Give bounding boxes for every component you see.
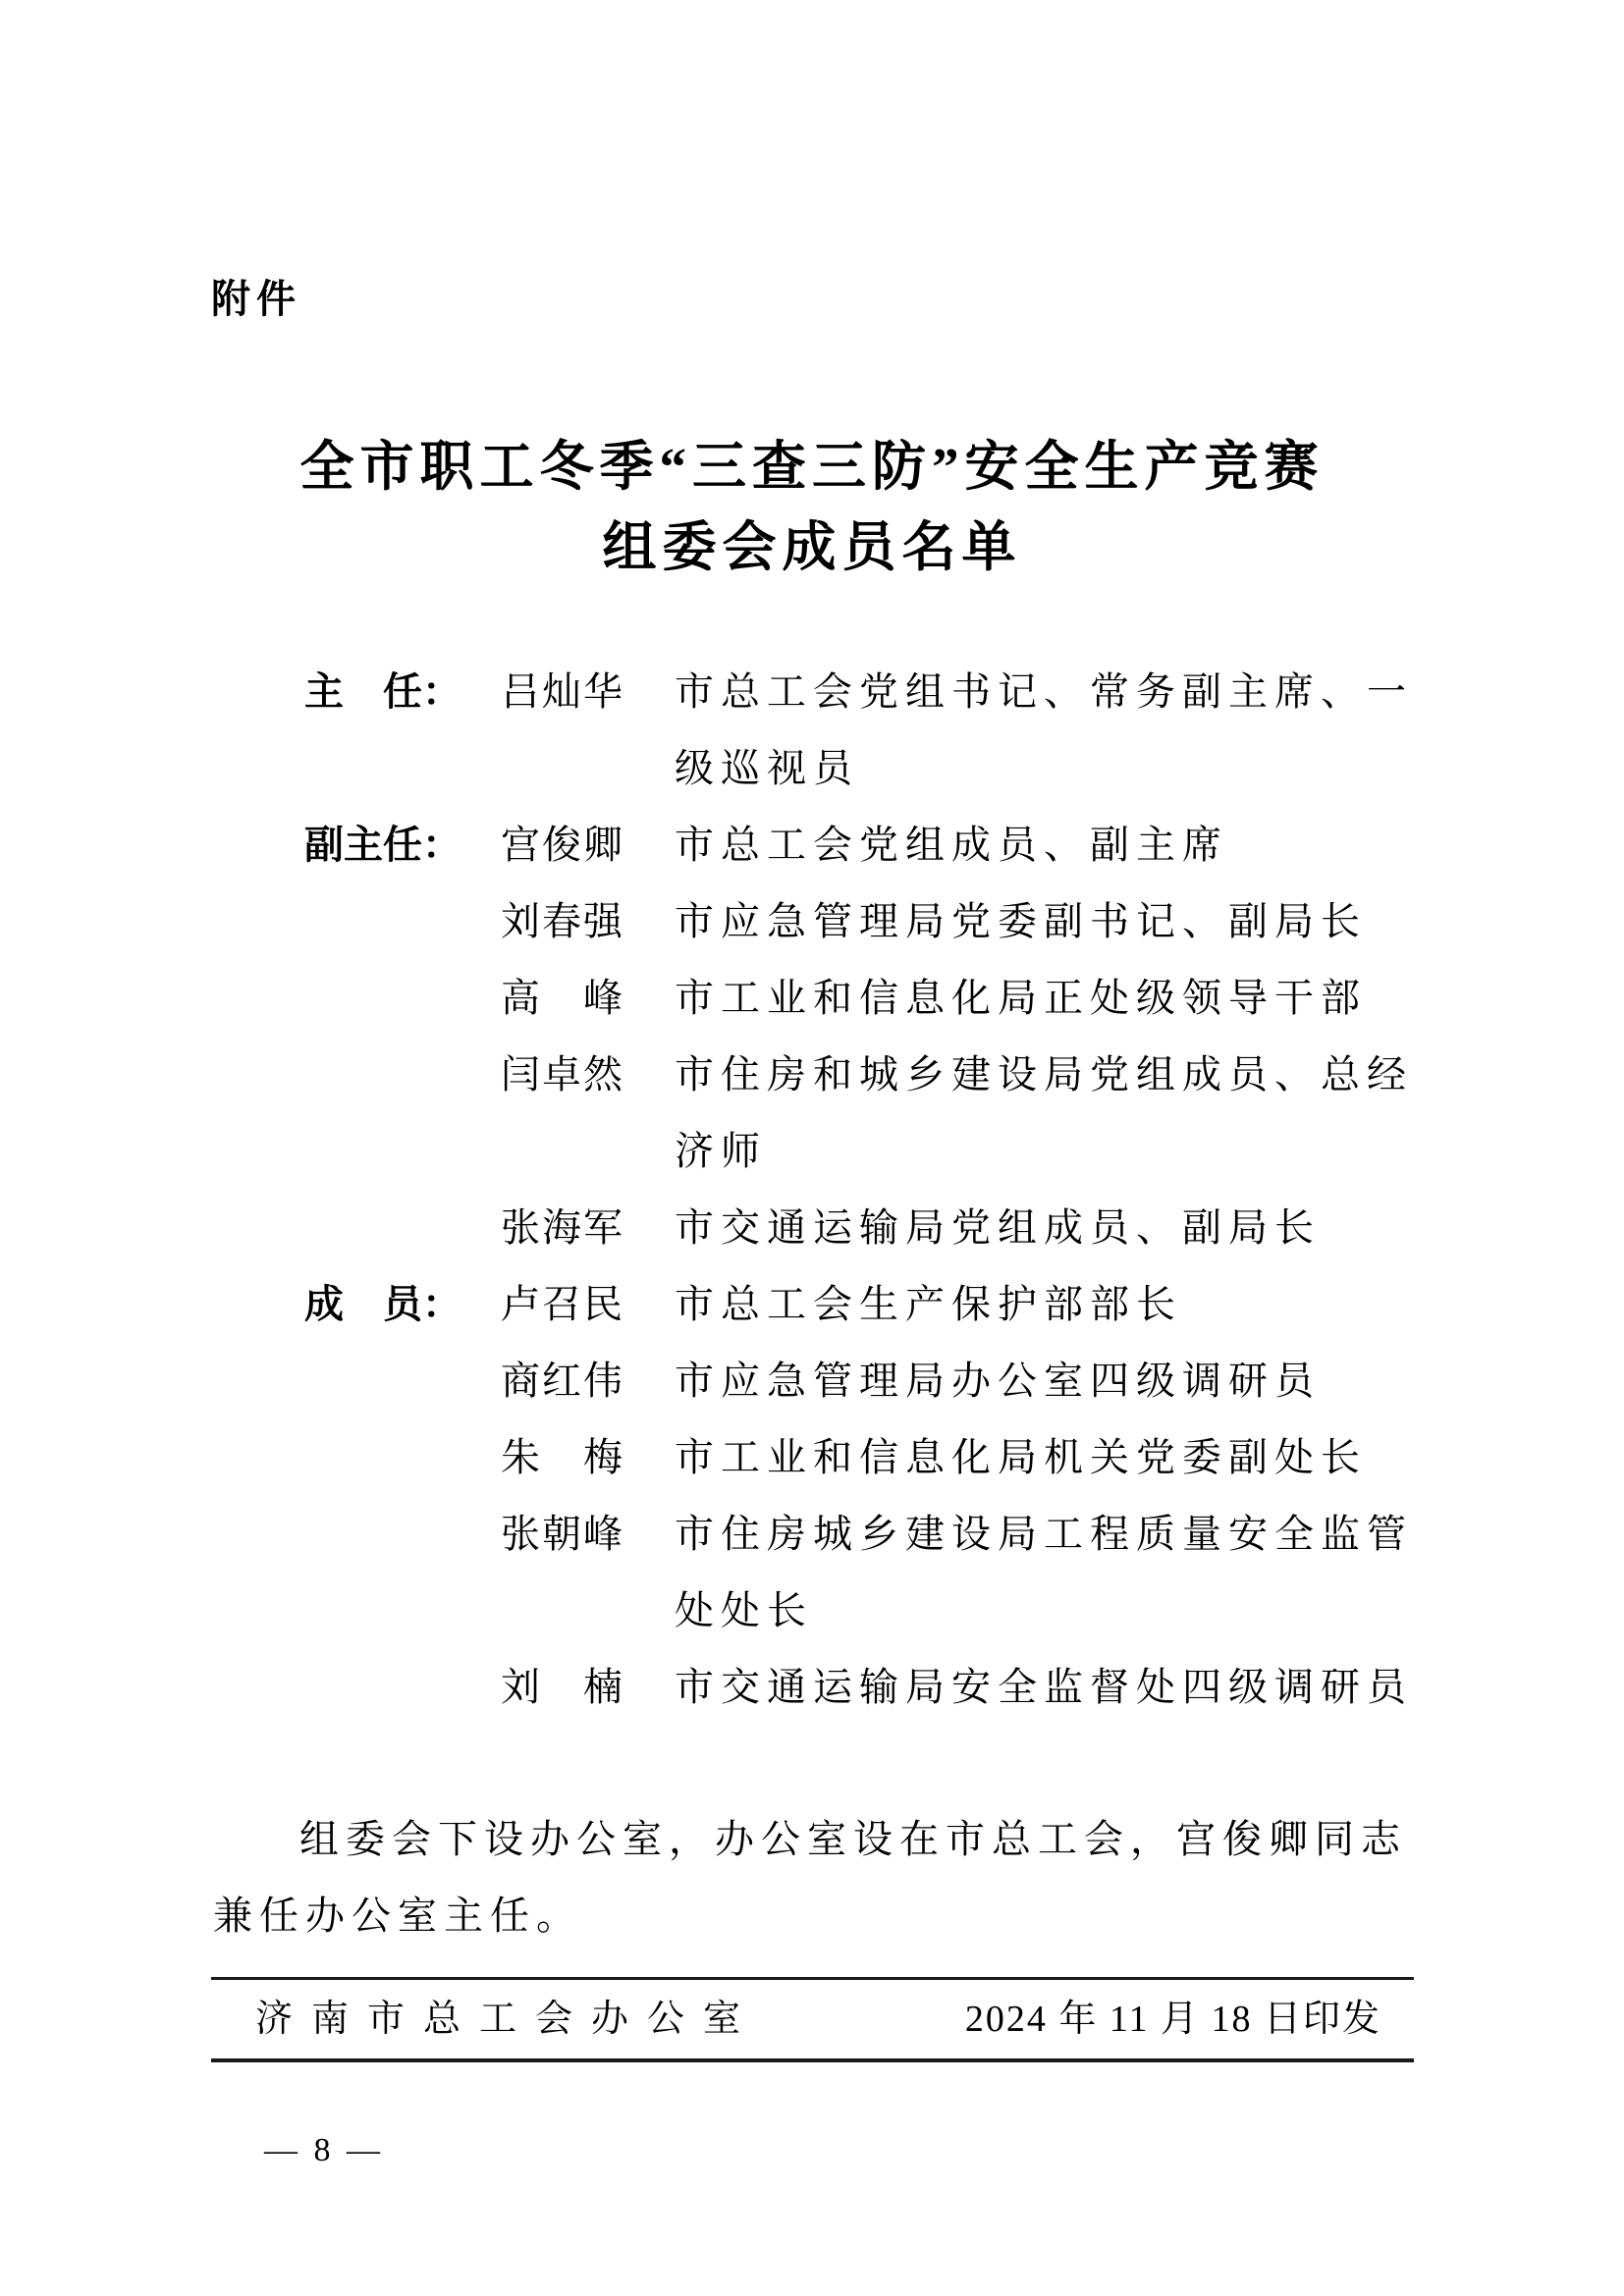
member-title: 市住房和城乡建设局党组成员、总经 济师	[675, 1037, 1414, 1190]
document-page: 附件 全市职工冬季“三查三防”安全生产竞赛 组委会成员名单 主 任： 吕灿华 市…	[0, 0, 1624, 2296]
member-role-label: 主 任：	[304, 654, 501, 730]
member-name: 吕灿华	[501, 654, 675, 730]
member-row: 张朝峰 市住房城乡建设局工程质量安全监管 处处长	[304, 1496, 1624, 1649]
member-name: 张朝峰	[501, 1496, 675, 1573]
member-title-line: 市交通运输局安全监督处四级调研员	[675, 1649, 1414, 1726]
member-title: 市总工会党组书记、常务副主席、一 级巡视员	[675, 654, 1414, 807]
member-row: 主 任： 吕灿华 市总工会党组书记、常务副主席、一 级巡视员	[304, 654, 1624, 807]
member-title-line: 市住房城乡建设局工程质量安全监管	[675, 1496, 1414, 1573]
member-title: 市应急管理局办公室四级调研员	[675, 1343, 1414, 1419]
member-row: 高 峰 市工业和信息化局正处级领导干部	[304, 960, 1624, 1037]
member-name: 朱 梅	[501, 1419, 675, 1496]
member-name: 高 峰	[501, 960, 675, 1037]
member-title-line: 处处长	[675, 1573, 1414, 1649]
page-number: — 8 —	[241, 2131, 407, 2170]
member-name: 宫俊卿	[501, 807, 675, 883]
member-name: 卢召民	[501, 1266, 675, 1343]
member-title-line: 级巡视员	[675, 730, 1414, 807]
member-title-line: 市总工会党组成员、副主席	[675, 807, 1414, 883]
member-name: 闫卓然	[501, 1037, 675, 1113]
document-title: 全市职工冬季“三查三防”安全生产竞赛 组委会成员名单	[0, 427, 1624, 588]
member-title: 市交通运输局安全监督处四级调研员	[675, 1649, 1414, 1726]
member-title-line: 市交通运输局党组成员、副局长	[675, 1190, 1414, 1266]
closing-paragraph-line: 组委会下设办公室，办公室设在市总工会，宫俊卿同志	[213, 1801, 1414, 1878]
member-role-label: 成 员：	[304, 1266, 501, 1343]
title-line-1: 全市职工冬季“三查三防”安全生产竞赛	[0, 427, 1624, 507]
member-row: 成 员： 卢召民 市总工会生产保护部部长	[304, 1266, 1624, 1343]
member-row: 商红伟 市应急管理局办公室四级调研员	[304, 1343, 1624, 1419]
member-title: 市交通运输局党组成员、副局长	[675, 1190, 1414, 1266]
footer-issuer: 济南市总工会办公室	[255, 1980, 759, 2058]
footer-print-date: 2024 年 11 月 18 日印发	[965, 1980, 1381, 2058]
member-row: 刘 楠 市交通运输局安全监督处四级调研员	[304, 1649, 1624, 1726]
footer-bar: 济南市总工会办公室 2024 年 11 月 18 日印发	[211, 1977, 1414, 2062]
closing-paragraph: 组委会下设办公室，办公室设在市总工会，宫俊卿同志 兼任办公室主任。	[213, 1801, 1414, 1954]
member-role-label: 副主任：	[304, 807, 501, 883]
member-title-line: 市应急管理局党委副书记、副局长	[675, 883, 1414, 960]
member-row: 刘春强 市应急管理局党委副书记、副局长	[304, 883, 1624, 960]
closing-paragraph-line: 兼任办公室主任。	[213, 1878, 1414, 1954]
member-title-line: 济师	[675, 1113, 1414, 1190]
member-title: 市住房城乡建设局工程质量安全监管 处处长	[675, 1496, 1414, 1649]
member-name: 刘 楠	[501, 1649, 675, 1726]
member-title: 市应急管理局党委副书记、副局长	[675, 883, 1414, 960]
member-row: 张海军 市交通运输局党组成员、副局长	[304, 1190, 1624, 1266]
member-title-line: 市工业和信息化局机关党委副处长	[675, 1419, 1414, 1496]
member-name: 张海军	[501, 1190, 675, 1266]
member-row: 朱 梅 市工业和信息化局机关党委副处长	[304, 1419, 1624, 1496]
member-title-line: 市总工会党组书记、常务副主席、一	[675, 654, 1414, 730]
member-row: 副主任： 宫俊卿 市总工会党组成员、副主席	[304, 807, 1624, 883]
member-title-line: 市工业和信息化局正处级领导干部	[675, 960, 1414, 1037]
member-title: 市工业和信息化局机关党委副处长	[675, 1419, 1414, 1496]
committee-member-list: 主 任： 吕灿华 市总工会党组书记、常务副主席、一 级巡视员 副主任： 宫俊卿 …	[304, 654, 1624, 1726]
member-title: 市总工会党组成员、副主席	[675, 807, 1414, 883]
member-title-line: 市总工会生产保护部部长	[675, 1266, 1414, 1343]
member-row: 闫卓然 市住房和城乡建设局党组成员、总经 济师	[304, 1037, 1624, 1190]
member-title: 市工业和信息化局正处级领导干部	[675, 960, 1414, 1037]
attachment-label: 附件	[211, 280, 1624, 319]
title-line-2: 组委会成员名单	[0, 507, 1624, 588]
member-title-line: 市住房和城乡建设局党组成员、总经	[675, 1037, 1414, 1113]
member-title-line: 市应急管理局办公室四级调研员	[675, 1343, 1414, 1419]
member-title: 市总工会生产保护部部长	[675, 1266, 1414, 1343]
member-name: 商红伟	[501, 1343, 675, 1419]
member-name: 刘春强	[501, 883, 675, 960]
